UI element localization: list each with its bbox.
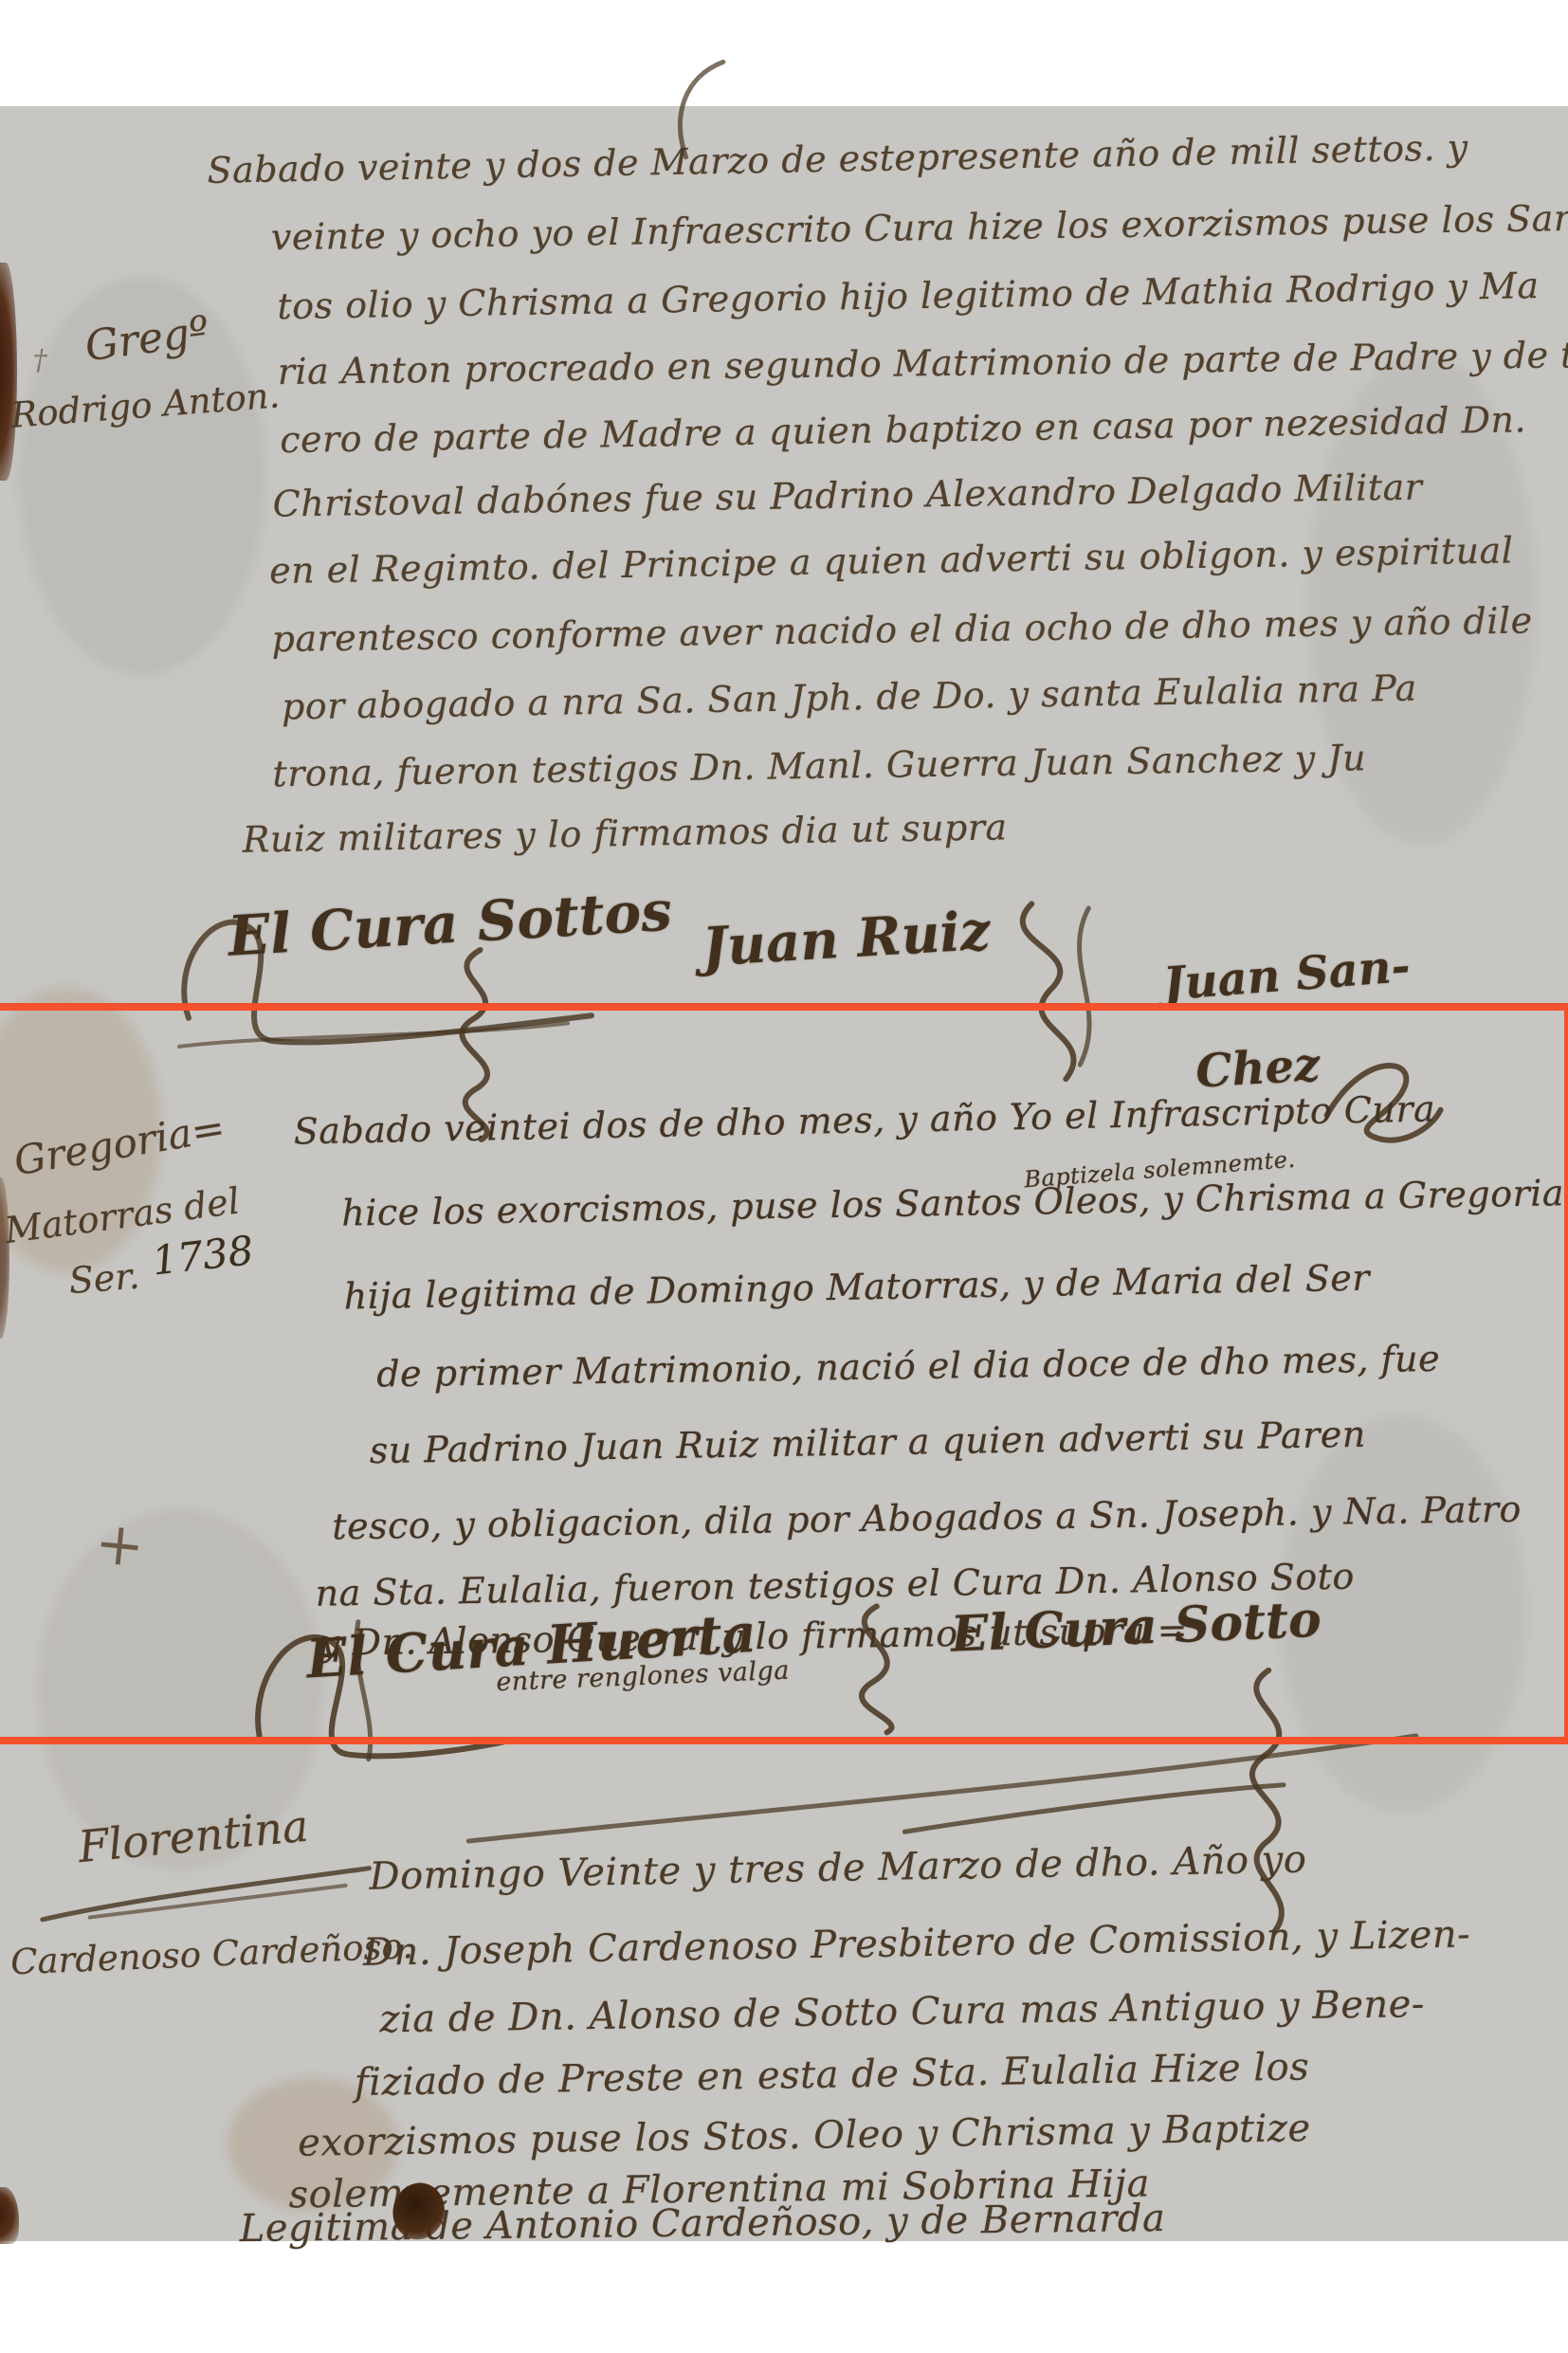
entry2-line: hija legitima de Domingo Matorras, y de …	[343, 1257, 1370, 1318]
entry1-line: tos olio y Chrisma a Gregorio hijo legit…	[277, 264, 1540, 327]
entry1-line: trona, fueron testigos Dn. Manl. Guerra …	[272, 737, 1366, 794]
signature-rubric	[975, 894, 1137, 1094]
entry1-line: parentesco conforme aver nacido el dia o…	[271, 599, 1533, 660]
entry1-line: por abogado a nra Sa. San Jph. de Do. y …	[282, 667, 1417, 728]
pen-flourish	[895, 1778, 1293, 1837]
signature-juan-sanchez-1: Juan San-	[1161, 939, 1412, 1012]
entry3-line: fiziado de Preste en esta de Sta. Eulali…	[354, 2045, 1309, 2105]
entry1-line: Christoval dabónes fue su Padrino Alexan…	[272, 466, 1422, 525]
entry2-line: hice los exorcismos, puse los Santos Ole…	[341, 1172, 1564, 1233]
entry3-line: exorzismos puse los Stos. Oleo y Chrisma…	[298, 2107, 1311, 2165]
pen-flourish	[619, 57, 743, 162]
entry2-year: 1738	[150, 1227, 256, 1285]
entry3-line: Dn. Joseph Cardenoso Presbitero de Comis…	[363, 1912, 1471, 1974]
margin-underline-flourish	[32, 1859, 374, 1927]
baptism-entry-3: Florentina Cardenoso Cardeñoso. Domingo …	[0, 0, 1560, 5]
entry2-line: tesco, y obligacion, dila por Abogados a…	[332, 1488, 1522, 1548]
signature-juan-ruiz: Juan Ruiz	[701, 900, 992, 979]
signature-rubric	[820, 1601, 935, 1735]
entry3-line: zia de Dn. Alonso de Sotto Cura mas Anti…	[379, 1982, 1425, 2041]
entry1-margin-name: Gregº	[82, 307, 212, 371]
entry2-margin-name: Gregoria=	[10, 1104, 228, 1184]
entry3-line: Legitima de Antonio Cardeñoso, y de Bern…	[240, 2197, 1166, 2251]
entry2-line: su Padrino Juan Ruiz militar a quien adv…	[369, 1414, 1366, 1471]
entry2-margin-name: Ser.	[67, 1255, 141, 1303]
entry3-margin-name: Cardenoso Cardeñoso.	[9, 1925, 413, 1982]
entry1-line: Ruiz militares y lo firmamos dia ut supr…	[242, 806, 1007, 860]
entry2-line: de primer Matrimonio, nació el dia doce …	[376, 1338, 1440, 1395]
entry1-line: en el Regimto. del Principe a quien adve…	[269, 529, 1514, 592]
entry1-line: cero de parte de Madre a quien baptizo e…	[280, 398, 1526, 461]
scanned-register-page: Gregº Rodrigo Anton. † Sabado veinte y d…	[0, 0, 1568, 2353]
baptism-entry-2-highlighted: Gregoria= Matorras del Ser. 1738 + Sabad…	[0, 0, 1560, 5]
entry1-margin-name: Rodrigo Anton.	[9, 374, 282, 435]
entry1-line: Sabado veinte y dos de Marzo de estepres…	[207, 126, 1468, 191]
entry1-line: veinte y ocho yo el Infraescrito Cura hi…	[271, 197, 1568, 258]
margin-cross-mark: +	[92, 1507, 148, 1581]
entry1-line: ria Anton procreado en segundo Matrimoni…	[278, 334, 1568, 392]
signature-flourish	[159, 873, 606, 1066]
margin-cross-mark: †	[33, 344, 47, 377]
baptism-entry-1: Gregº Rodrigo Anton. † Sabado veinte y d…	[0, 0, 1560, 5]
